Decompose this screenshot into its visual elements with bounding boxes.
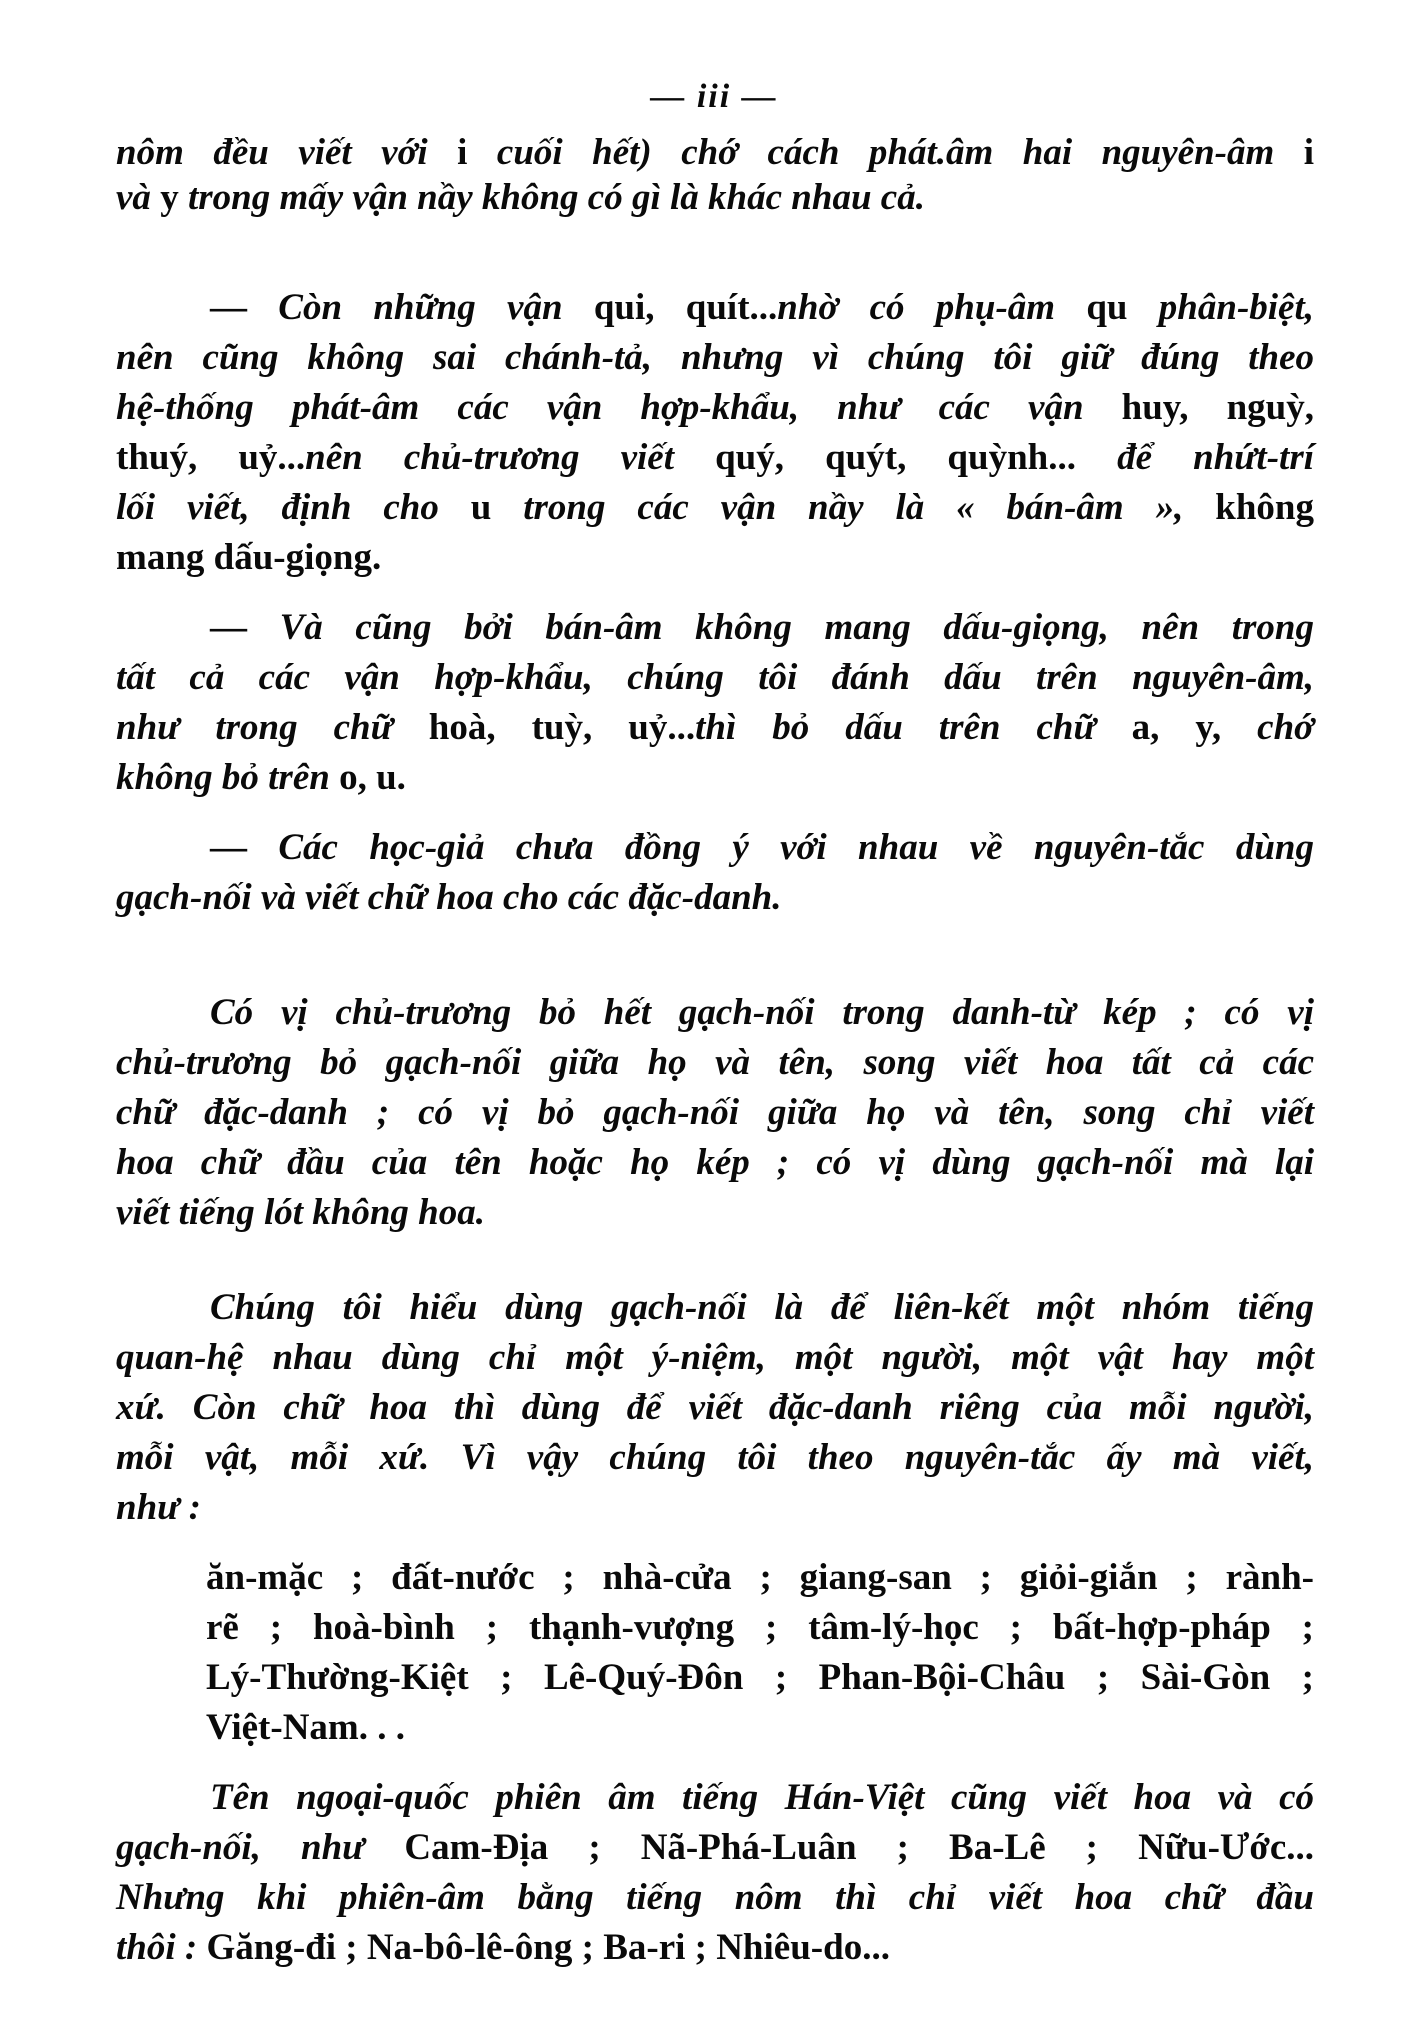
text-line: như : bbox=[116, 1483, 1314, 1533]
text-line: — Còn những vận qui, quít...nhờ có phụ-â… bbox=[210, 283, 1314, 333]
roman-text: o, u. bbox=[339, 757, 406, 798]
text-line: tất cả các vận hợp-khẩu, chúng tôi đánh … bbox=[116, 653, 1314, 703]
roman-text: thuý, uỷ... bbox=[116, 437, 305, 478]
text-line: hệ-thống phát-âm các vận hợp-khẩu, như c… bbox=[116, 383, 1314, 433]
text-line: mang dấu-giọng. bbox=[116, 533, 1314, 583]
text-line: hoa chữ đầu của tên hoặc họ kép ; có vị … bbox=[116, 1138, 1314, 1188]
italic-text: chữ đặc-danh ; có vị bỏ gạch-nối giữa họ… bbox=[116, 1092, 1314, 1133]
text-line: lối viết, định cho u trong các vận nầy l… bbox=[116, 483, 1314, 533]
roman-text: rẽ ; hoà-bình ; thạnh-vượng ; tâm-lý-học… bbox=[206, 1607, 1314, 1648]
italic-text: nôm đều viết với bbox=[116, 132, 457, 173]
text-line: không bỏ trên o, u. bbox=[116, 753, 1314, 803]
italic-text: nên cũng không sai chánh-tả, nhưng vì ch… bbox=[116, 337, 1314, 378]
text-line: Chúng tôi hiểu dùng gạch-nối là để liên-… bbox=[210, 1283, 1314, 1333]
text-line: gạch-nối, như Cam-Địa ; Nã-Phá-Luân ; Ba… bbox=[116, 1823, 1314, 1873]
text-line: thôi : Găng-đi ; Na-bô-lê-ông ; Ba-ri ; … bbox=[116, 1923, 1314, 1973]
italic-text: như : bbox=[116, 1487, 201, 1528]
em-dash: — bbox=[210, 827, 278, 868]
text-line: Nhưng khi phiên-âm bằng tiếng nôm thì ch… bbox=[116, 1873, 1314, 1923]
text-line: — Các học-giả chưa đồng ý với nhau về ng… bbox=[210, 823, 1314, 873]
em-dash: — bbox=[210, 607, 280, 648]
roman-text: không bbox=[1215, 487, 1314, 528]
italic-text: không bỏ trên bbox=[116, 757, 339, 798]
italic-text: Còn những vận bbox=[278, 287, 594, 328]
roman-text: Cam-Địa ; Nã-Phá-Luân ; Ba-Lê ; Nữu-Ước.… bbox=[404, 1827, 1314, 1868]
text-line: quan-hệ nhau dùng chỉ một ý-niệm, một ng… bbox=[116, 1333, 1314, 1383]
italic-text: Các học-giả chưa đồng ý với nhau về nguy… bbox=[278, 827, 1314, 868]
text-line: Có vị chủ-trương bỏ hết gạch-nối trong d… bbox=[210, 988, 1314, 1038]
text-line: Lý-Thường-Kiệt ; Lê-Quý-Đôn ; Phan-Bội-C… bbox=[206, 1653, 1314, 1703]
italic-text: trong các vận nầy là « bán-âm », bbox=[491, 487, 1215, 528]
roman-text: Việt-Nam. . . bbox=[206, 1707, 405, 1748]
text-line: xứ. Còn chữ hoa thì dùng để viết đặc-dan… bbox=[116, 1383, 1314, 1433]
text-line: mỗi vật, mỗi xứ. Vì vậy chúng tôi theo n… bbox=[116, 1433, 1314, 1483]
roman-text: quý, quýt, quỳnh... bbox=[715, 437, 1076, 478]
text-line: nôm đều viết với i cuối hết) chớ cách ph… bbox=[116, 128, 1314, 178]
italic-text: tất cả các vận hợp-khẩu, chúng tôi đánh … bbox=[116, 657, 1314, 698]
italic-text: thì bỏ dấu trên chữ bbox=[695, 707, 1132, 748]
roman-text: ăn-mặc ; đất-nước ; nhà-cửa ; giang-san … bbox=[206, 1557, 1314, 1598]
text-line: rẽ ; hoà-bình ; thạnh-vượng ; tâm-lý-học… bbox=[206, 1603, 1314, 1653]
roman-text: hoà, tuỳ, uỷ... bbox=[429, 707, 695, 748]
text-line: như trong chữ hoà, tuỳ, uỷ...thì bỏ dấu … bbox=[116, 703, 1314, 753]
text-line: ăn-mặc ; đất-nước ; nhà-cửa ; giang-san … bbox=[206, 1553, 1314, 1603]
italic-text: xứ. Còn chữ hoa thì dùng để viết đặc-dan… bbox=[116, 1387, 1314, 1428]
roman-text: Lý-Thường-Kiệt ; Lê-Quý-Đôn ; Phan-Bội-C… bbox=[206, 1657, 1314, 1698]
text-line: thuý, uỷ...nên chủ-trương viết quý, quýt… bbox=[116, 433, 1314, 483]
em-dash: — bbox=[210, 287, 278, 328]
italic-text: chủ-trương bỏ gạch-nối giữa họ và tên, s… bbox=[116, 1042, 1314, 1083]
roman-text: huy, nguỳ, bbox=[1122, 387, 1314, 428]
roman-text: u bbox=[471, 487, 492, 528]
italic-text: Và cũng bởi bán-âm không mang dấu-giọng,… bbox=[280, 607, 1314, 648]
text-line: và y trong mấy vận nầy không có gì là kh… bbox=[116, 173, 1314, 223]
roman-text: i bbox=[457, 132, 467, 173]
text-line: — Và cũng bởi bán-âm không mang dấu-giọn… bbox=[210, 603, 1314, 653]
text-line: gạch-nối và viết chữ hoa cho các đặc-dan… bbox=[116, 873, 1314, 923]
text-line: chữ đặc-danh ; có vị bỏ gạch-nối giữa họ… bbox=[116, 1088, 1314, 1138]
italic-text: quan-hệ nhau dùng chỉ một ý-niệm, một ng… bbox=[116, 1337, 1314, 1378]
roman-text: Găng-đi ; Na-bô-lê-ông ; Ba-ri ; Nhiêu-d… bbox=[206, 1927, 889, 1968]
italic-text: mỗi vật, mỗi xứ. Vì vậy chúng tôi theo n… bbox=[116, 1437, 1314, 1478]
italic-text: hoa chữ đầu của tên hoặc họ kép ; có vị … bbox=[116, 1142, 1314, 1183]
italic-text: và bbox=[116, 177, 160, 218]
roman-text: mang dấu-giọng. bbox=[116, 537, 381, 578]
italic-text: Có vị chủ-trương bỏ hết gạch-nối trong d… bbox=[210, 992, 1314, 1033]
italic-text: hệ-thống phát-âm các vận hợp-khẩu, như c… bbox=[116, 387, 1122, 428]
page-number: — iii — bbox=[0, 78, 1428, 116]
italic-text: gạch-nối, như bbox=[116, 1827, 404, 1868]
roman-text: a, y, bbox=[1132, 707, 1221, 748]
roman-text: qui, quít... bbox=[594, 287, 777, 328]
italic-text: nên chủ-trương viết bbox=[305, 437, 715, 478]
italic-text: nhờ có phụ-âm bbox=[777, 287, 1086, 328]
italic-text: trong mấy vận nầy không có gì là khác nh… bbox=[179, 177, 925, 218]
italic-text: Chúng tôi hiểu dùng gạch-nối là để liên-… bbox=[210, 1287, 1314, 1328]
italic-text: cuối hết) chớ cách phát.âm hai nguyên-âm bbox=[467, 132, 1303, 173]
italic-text: viết tiếng lót không hoa. bbox=[116, 1192, 485, 1233]
roman-text: y bbox=[160, 177, 179, 218]
roman-text: i bbox=[1304, 132, 1314, 173]
italic-text: gạch-nối và viết chữ hoa cho các đặc-dan… bbox=[116, 877, 782, 918]
italic-text: Tên ngoại-quốc phiên âm tiếng Hán-Việt c… bbox=[210, 1777, 1314, 1818]
italic-text: thôi : bbox=[116, 1927, 206, 1968]
italic-text: như trong chữ bbox=[116, 707, 429, 748]
roman-text: qu bbox=[1086, 287, 1127, 328]
italic-text: Nhưng khi phiên-âm bằng tiếng nôm thì ch… bbox=[116, 1877, 1314, 1918]
text-line: Việt-Nam. . . bbox=[206, 1703, 1314, 1753]
italic-text: lối viết, định cho bbox=[116, 487, 471, 528]
text-line: nên cũng không sai chánh-tả, nhưng vì ch… bbox=[116, 333, 1314, 383]
text-line: chủ-trương bỏ gạch-nối giữa họ và tên, s… bbox=[116, 1038, 1314, 1088]
text-line: Tên ngoại-quốc phiên âm tiếng Hán-Việt c… bbox=[210, 1773, 1314, 1823]
italic-text: để nhứt-trí bbox=[1076, 437, 1314, 478]
italic-text: chớ bbox=[1221, 707, 1314, 748]
text-line: viết tiếng lót không hoa. bbox=[116, 1188, 1314, 1238]
italic-text: phân-biệt, bbox=[1128, 287, 1315, 328]
